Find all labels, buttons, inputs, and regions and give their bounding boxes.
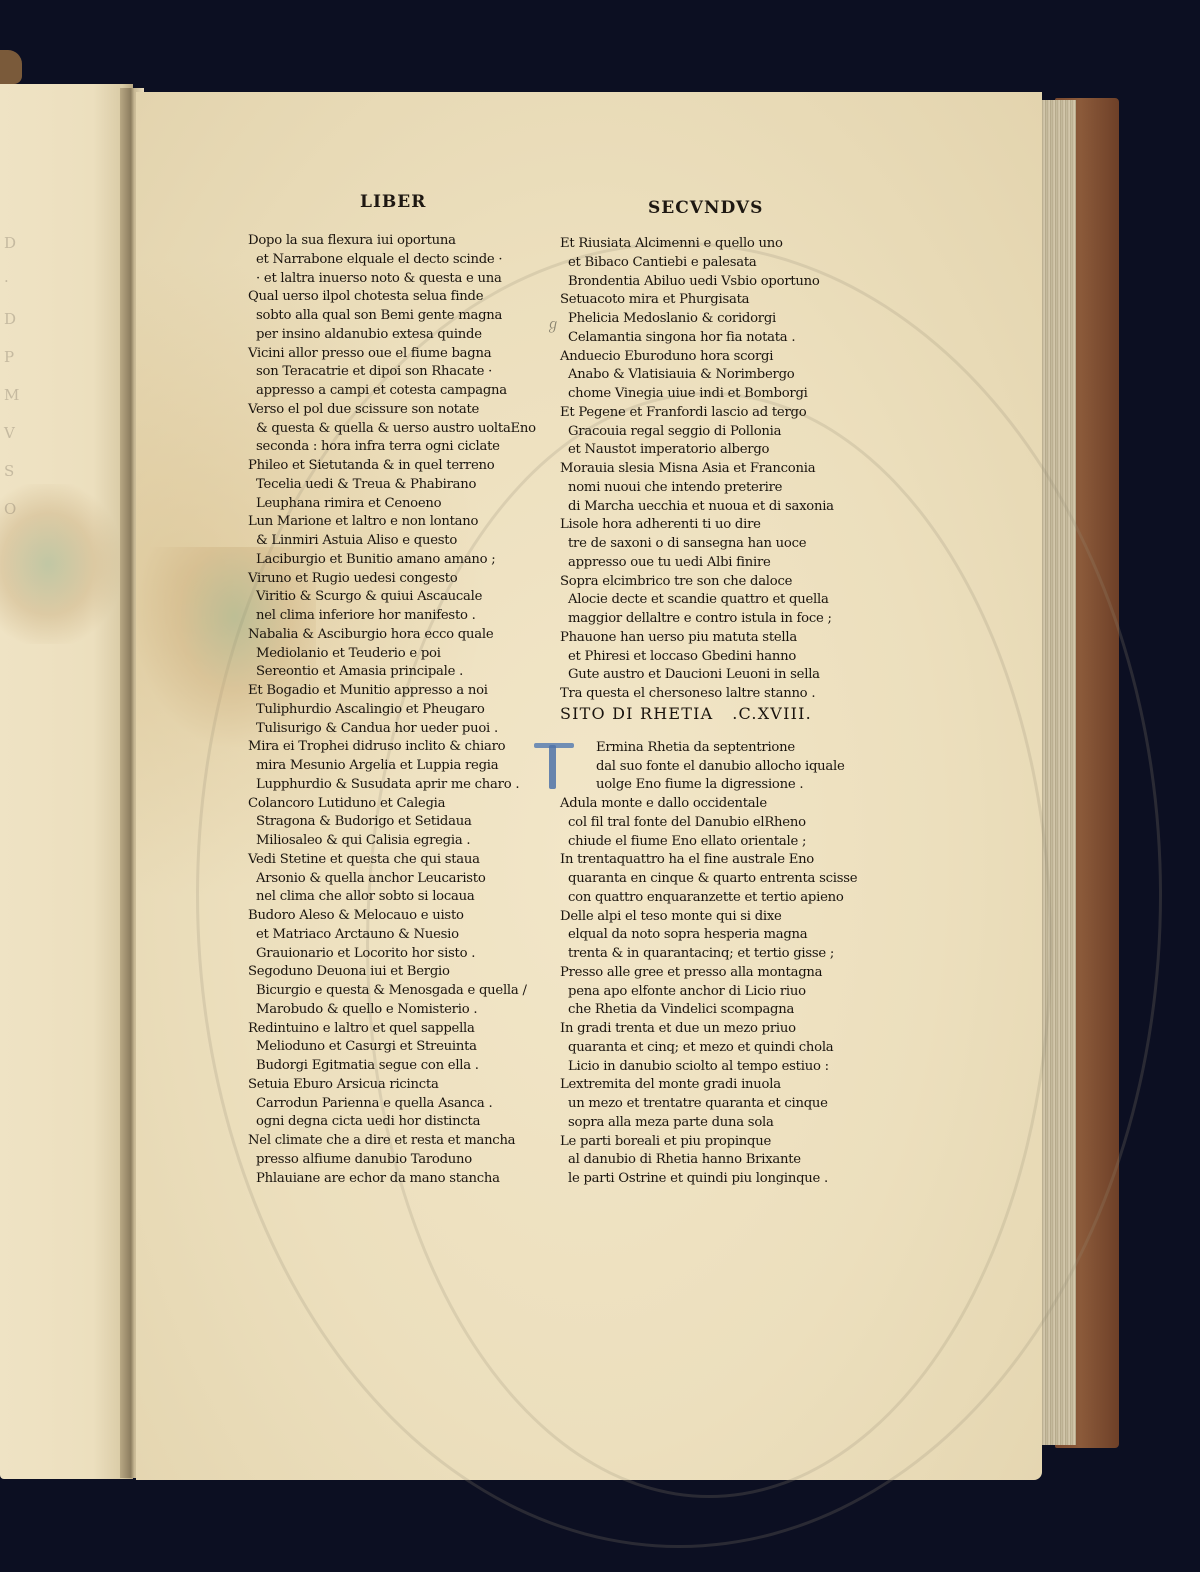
verse-line: per insino aldanubio extesa quinde xyxy=(248,326,536,345)
showthrough-glyph: P xyxy=(4,343,19,381)
verse-line: Budoro Aleso & Melocauo e uisto xyxy=(248,907,536,926)
verse-line: mira Mesunio Argelia et Luppia regia xyxy=(248,757,536,776)
verse-line: Gracouia regal seggio di Pollonia xyxy=(560,423,857,442)
showthrough-glyph: S xyxy=(4,457,19,495)
verse-line: In gradi trenta et due un mezo priuo xyxy=(560,1020,857,1039)
verse-block-1: Et Riusiata Alcimenni e quello unoet Bib… xyxy=(560,235,857,704)
running-head-left: LIBER xyxy=(360,192,426,212)
verse-line: Adula monte e dallo occidentale xyxy=(560,795,857,814)
verse-line: pena apo elfonte anchor di Licio riuo xyxy=(560,983,857,1002)
verse-line: Tuliphurdio Ascalingio et Pheugaro xyxy=(248,701,536,720)
verse-line: Segoduno Deuona iui et Bergio xyxy=(248,963,536,982)
verse-line: Tecelia uedi & Treua & Phabirano xyxy=(248,476,536,495)
verse-line: · et laltra inuerso noto & questa e una xyxy=(248,270,536,289)
verse-line: che Rhetia da Vindelici scompagna xyxy=(560,1001,857,1020)
verse-line: Melioduno et Casurgi et Streuinta xyxy=(248,1038,536,1057)
verse-line: Brondentia Abiluo uedi Vsbio oportuno xyxy=(560,273,857,292)
verse-line: Gute austro et Daucioni Leuoni in sella xyxy=(560,666,857,685)
verse-line: Leuphana rimira et Cenoeno xyxy=(248,495,536,514)
left-page: D·DPMVSO xyxy=(0,84,133,1479)
verse-line: appresso a campi et cotesta campagna xyxy=(248,382,536,401)
verse-line: et Narrabone elquale el decto scinde · xyxy=(248,251,536,270)
verse-line: Et Riusiata Alcimenni e quello uno xyxy=(560,235,857,254)
verse-line: elqual da noto sopra hesperia magna xyxy=(560,926,857,945)
verse-line: sopra alla meza parte duna sola xyxy=(560,1114,857,1133)
verse-line: et Matriaco Arctauno & Nuesio xyxy=(248,926,536,945)
verse-line: Carrodun Parienna e quella Asanca . xyxy=(248,1095,536,1114)
verse-line: Phelicia Medoslanio & coridorgi xyxy=(560,310,857,329)
verse-line: Ermina Rhetia da septentrione xyxy=(560,739,857,758)
verse-line: Miliosaleo & qui Calisia egregia . xyxy=(248,832,536,851)
verse-line: Budorgi Egitmatia segue con ella . xyxy=(248,1057,536,1076)
verse-line: quaranta en cinque & quarto entrenta sci… xyxy=(560,870,857,889)
verse-line: tre de saxoni o di sansegna han uoce xyxy=(560,535,857,554)
showthrough-glyph: · xyxy=(4,267,19,305)
verse-line: Mira ei Trophei didruso inclito & chiaro xyxy=(248,738,536,757)
verse-line: Le parti boreali et piu propinque xyxy=(560,1133,857,1152)
verse-line: chiude el fiume Eno ellato orientale ; xyxy=(560,833,857,852)
verse-line: Vicini allor presso oue el fiume bagna xyxy=(248,345,536,364)
verse-line: Sereontio et Amasia principale . xyxy=(248,663,536,682)
verse-line: & questa & quella & uerso austro uoltaEn… xyxy=(248,420,536,439)
section-heading: SITO DI RHETIA .C.XVIII. xyxy=(560,703,857,725)
verse-line: quaranta et cinq; et mezo et quindi chol… xyxy=(560,1039,857,1058)
verse-line: con quattro enquaranzette et tertio apie… xyxy=(560,889,857,908)
verse-line: al danubio di Rhetia hanno Brixante xyxy=(560,1151,857,1170)
verse-line: Lextremita del monte gradi inuola xyxy=(560,1076,857,1095)
verse-line: & Linmiri Astuia Aliso e questo xyxy=(248,532,536,551)
verse-line: Colancoro Lutiduno et Calegia xyxy=(248,795,536,814)
verse-line: Et Bogadio et Munitio appresso a noi xyxy=(248,682,536,701)
verse-line: et Naustot imperatorio albergo xyxy=(560,441,857,460)
verse-line: trenta & in quarantacinq; et tertio giss… xyxy=(560,945,857,964)
verse-line: Sopra elcimbrico tre son che daloce xyxy=(560,573,857,592)
verse-line: Bicurgio e questa & Menosgada e quella / xyxy=(248,982,536,1001)
text-column-right: Et Riusiata Alcimenni e quello unoet Bib… xyxy=(560,235,857,1189)
verse-line: chome Vinegia uiue indi et Bomborgi xyxy=(560,385,857,404)
verse-line: Phileo et Sietutanda & in quel terreno xyxy=(248,457,536,476)
verse-line: Tra questa el chersoneso laltre stanno . xyxy=(560,685,857,704)
verse-line: maggior dellaltre e contro istula in foc… xyxy=(560,610,857,629)
verse-line: presso alfiume danubio Taroduno xyxy=(248,1151,536,1170)
spacer xyxy=(560,725,857,739)
verse-line: Redintuino e laltro et quel sappella xyxy=(248,1020,536,1039)
verse-line: Lun Marione et laltro e non lontano xyxy=(248,513,536,532)
verse-line: un mezo et trentatre quaranta et cinque xyxy=(560,1095,857,1114)
verse-line: Qual uerso ilpol chotesta selua finde xyxy=(248,288,536,307)
verse-line: dal suo fonte el danubio allocho iquale xyxy=(560,758,857,777)
verse-block-2: Ermina Rhetia da septentrionedal suo fon… xyxy=(560,739,857,1189)
verse-line: In trentaquattro ha el fine australe Eno xyxy=(560,851,857,870)
verse-line: Anduecio Eburoduno hora scorgi xyxy=(560,348,857,367)
verse-line: et Bibaco Cantiebi e palesata xyxy=(560,254,857,273)
verse-line: son Teracatrie et dipoi son Rhacate · xyxy=(248,363,536,382)
verse-line: Viritio & Scurgo & quiui Ascaucale xyxy=(248,588,536,607)
showthrough-glyph: D xyxy=(4,229,19,267)
verse-line: Vedi Stetine et questa che qui staua xyxy=(248,851,536,870)
verse-line: di Marcha uecchia et nuoua et di saxonia xyxy=(560,498,857,517)
verse-line: Delle alpi el teso monte qui si dixe xyxy=(560,908,857,927)
verse-line: Setuacoto mira et Phurgisata xyxy=(560,291,857,310)
verse-line: Nel climate che a dire et resta et manch… xyxy=(248,1132,536,1151)
verse-line: uolge Eno fiume la digressione . xyxy=(560,776,857,795)
verse-line: ogni degna cicta uedi hor distincta xyxy=(248,1113,536,1132)
verse-line: nel clima inferiore hor manifesto . xyxy=(248,607,536,626)
verse-line: Et Pegene et Franfordi lascio ad tergo xyxy=(560,404,857,423)
verse-line: Verso el pol due scissure son notate xyxy=(248,401,536,420)
verse-line: le parti Ostrine et quindi piu longinque… xyxy=(560,1170,857,1189)
marginal-mark: ℊ xyxy=(546,314,560,334)
verse-line: et Phiresi et loccaso Gbedini hanno xyxy=(560,648,857,667)
verse-line: Grauionario et Locorito hor sisto . xyxy=(248,945,536,964)
verse-line: Alocie decte et scandie quattro et quell… xyxy=(560,591,857,610)
verse-line: Arsonio & quella anchor Leucaristo xyxy=(248,870,536,889)
verse-line: Viruno et Rugio uedesi congesto xyxy=(248,570,536,589)
verse-line: nel clima che allor sobto si locaua xyxy=(248,888,536,907)
verse-line: Tulisurigo & Candua hor ueder puoi . xyxy=(248,720,536,739)
showthrough-glyph: V xyxy=(4,419,19,457)
decorated-initial-t-icon xyxy=(534,739,574,795)
verse-line: Phauone han uerso piu matuta stella xyxy=(560,629,857,648)
verse-line: Lisole hora adherenti ti uo dire xyxy=(560,516,857,535)
cover-corner-left xyxy=(0,50,22,84)
text-column-left: Dopo la sua flexura iui oportunaet Narra… xyxy=(248,232,536,1188)
verse-line: appresso oue tu uedi Albi finire xyxy=(560,554,857,573)
showthrough-glyph: D xyxy=(4,305,19,343)
verse-line: nomi nuoui che intendo preterire xyxy=(560,479,857,498)
verse-line: Celamantia singona hor fia notata . xyxy=(560,329,857,348)
verse-line: Setuia Eburo Arsicua ricincta xyxy=(248,1076,536,1095)
verse-line: seconda : hora infra terra ogni ciclate xyxy=(248,438,536,457)
verse-line: col fil tral fonte del Danubio elRheno xyxy=(560,814,857,833)
verse-line: Laciburgio et Bunitio amano amano ; xyxy=(248,551,536,570)
verse-line: sobto alla qual son Bemi gente magna xyxy=(248,307,536,326)
right-page: LIBER SECVNDVS Dopo la sua flexura iui o… xyxy=(136,92,1042,1480)
running-head-right: SECVNDVS xyxy=(648,198,763,218)
verse-line: Marobudo & quello e Nomisterio . xyxy=(248,1001,536,1020)
book-spread: D·DPMVSO LIBER SECVNDVS Dopo la sua flex… xyxy=(0,0,1200,1572)
verse-line: Anabo & Vlatisiauia & Norimbergo xyxy=(560,366,857,385)
verse-line: Presso alle gree et presso alla montagna xyxy=(560,964,857,983)
ink-showthrough: D·DPMVSO xyxy=(4,229,19,533)
verse-line: Mediolanio et Teuderio e poi xyxy=(248,645,536,664)
verse-line: Nabalia & Asciburgio hora ecco quale xyxy=(248,626,536,645)
verse-line: Phlauiane are echor da mano stancha xyxy=(248,1170,536,1189)
verse-line: Stragona & Budorigo et Setidaua xyxy=(248,813,536,832)
verse-line: Dopo la sua flexura iui oportuna xyxy=(248,232,536,251)
verse-line: Morauia slesia Misna Asia et Franconia xyxy=(560,460,857,479)
showthrough-glyph: O xyxy=(4,495,19,533)
verse-line: Licio in danubio sciolto al tempo estiuo… xyxy=(560,1058,857,1077)
verse-line: Lupphurdio & Susudata aprir me charo . xyxy=(248,776,536,795)
showthrough-glyph: M xyxy=(4,381,19,419)
